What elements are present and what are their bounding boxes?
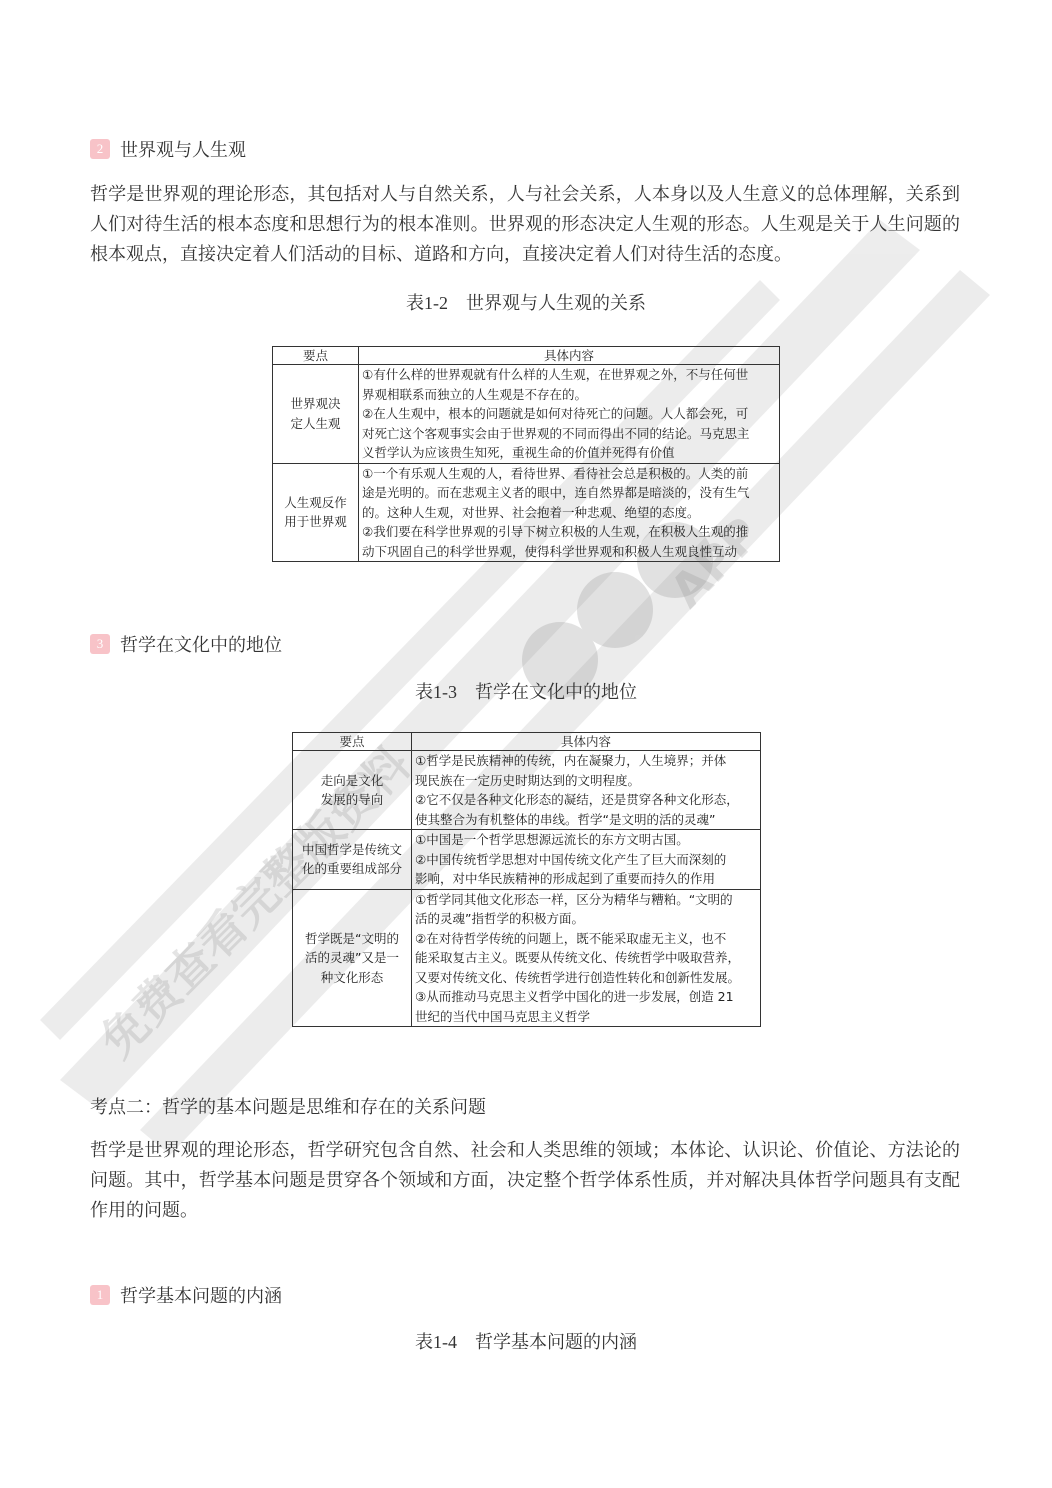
table-caption-1-2: 表1-2世界观与人生观的关系 <box>0 289 1052 315</box>
column-header: 要点 <box>293 733 412 751</box>
key-line: 用于世界观 <box>276 512 355 532</box>
key-line: 中国哲学是传统文 <box>296 840 408 860</box>
section-number-badge: 1 <box>90 1285 110 1305</box>
section-title: 哲学在文化中的地位 <box>120 631 282 657</box>
section-title: 世界观与人生观 <box>120 136 246 162</box>
table-header-row: 要点 具体内容 <box>293 733 761 751</box>
key-line: 种文化形态 <box>296 968 408 988</box>
row-key: 中国哲学是传统文 化的重要组成部分 <box>293 830 412 890</box>
content-line: 的。这种人生观，对世界、社会抱着一种悲观、绝望的态度。 <box>362 503 776 523</box>
row-content: ①中国是一个哲学思想源远流长的东方文明古国。 ②中国传统哲学思想对中国传统文化产… <box>412 830 761 890</box>
key-line: 化的重要组成部分 <box>296 859 408 879</box>
section-heading-2: 2 世界观与人生观 <box>90 136 246 162</box>
section-heading-1: 1 哲学基本问题的内涵 <box>90 1282 282 1308</box>
column-header: 具体内容 <box>412 733 761 751</box>
table-row: 世界观决 定人生观 ①有什么样的世界观就有什么样的人生观，在世界观之外，不与任何… <box>273 365 780 464</box>
table-row: 中国哲学是传统文 化的重要组成部分 ①中国是一个哲学思想源远流长的东方文明古国。… <box>293 830 761 890</box>
key-line: 哲学既是“文明的 <box>296 929 408 949</box>
caption-title: 哲学基本问题的内涵 <box>475 1332 637 1353</box>
column-header: 具体内容 <box>359 347 780 365</box>
table-row: 走向是文化 发展的导向 ①哲学是民族精神的传统，内在凝聚力，人生境界；并体 现民… <box>293 751 761 830</box>
content-line: 界观相联系而独立的人生观是不存在的。 <box>362 385 776 405</box>
key-line: 走向是文化 <box>296 771 408 791</box>
table-row: 人生观反作 用于世界观 ①一个有乐观人生观的人，看待世界、看待社会总是积极的。人… <box>273 463 780 562</box>
table-1-3: 要点 具体内容 走向是文化 发展的导向 ①哲学是民族精神的传统，内在凝聚力，人生… <box>292 732 761 1027</box>
content-line: 途是光明的。而在悲观主义者的眼中，连自然界都是暗淡的，没有生气 <box>362 483 776 503</box>
content-line: ②中国传统哲学思想对中国传统文化产生了巨大而深刻的 <box>415 850 757 870</box>
section-number-badge: 3 <box>90 634 110 654</box>
row-content: ①哲学是民族精神的传统，内在凝聚力，人生境界；并体 现民族在一定历史时期达到的文… <box>412 751 761 830</box>
row-key: 走向是文化 发展的导向 <box>293 751 412 830</box>
caption-number: 表1-2 <box>406 293 448 313</box>
row-key: 哲学既是“文明的 活的灵魂”又是一 种文化形态 <box>293 889 412 1027</box>
table-1-2: 要点 具体内容 世界观决 定人生观 ①有什么样的世界观就有什么样的人生观，在世界… <box>272 346 780 562</box>
content-line: 对死亡这个客观事实会由于世界观的不同而得出不同的结论。马克思主 <box>362 424 776 444</box>
caption-number: 表1-3 <box>415 682 457 702</box>
content-line: 能采取复古主义。既要从传统文化、传统哲学中吸取营养， <box>415 948 757 968</box>
document-page: 2 世界观与人生观 哲学是世界观的理论形态，其包括对人与自然关系，人与社会关系，… <box>0 0 1052 1488</box>
paragraph-basic-question: 哲学是世界观的理论形态，哲学研究包含自然、社会和人类思维的领域；本体论、认识论、… <box>90 1136 960 1226</box>
content-line: 动下巩固自己的科学世界观，使得科学世界观和积极人生观良性互动 <box>362 542 776 562</box>
row-key: 世界观决 定人生观 <box>273 365 359 464</box>
row-key: 人生观反作 用于世界观 <box>273 463 359 562</box>
content-line: ②我们要在科学世界观的引导下树立积极的人生观，在积极人生观的推 <box>362 522 776 542</box>
content-line: ①哲学同其他文化形态一样，区分为精华与糟粕。“文明的 <box>415 890 757 910</box>
content-line: ②在对待哲学传统的问题上，既不能采取虚无主义，也不 <box>415 929 757 949</box>
content-line: 现民族在一定历史时期达到的文明程度。 <box>415 771 757 791</box>
section-heading-3: 3 哲学在文化中的地位 <box>90 631 282 657</box>
row-content: ①有什么样的世界观就有什么样的人生观，在世界观之外，不与任何世 界观相联系而独立… <box>359 365 780 464</box>
table-caption-1-4: 表1-4哲学基本问题的内涵 <box>0 1328 1052 1354</box>
content-line: 活的灵魂”指哲学的积极方面。 <box>415 909 757 929</box>
caption-title: 世界观与人生观的关系 <box>466 293 646 314</box>
content-line: 影响，对中华民族精神的形成起到了重要而持久的作用 <box>415 869 757 889</box>
content-line: 使其整合为有机整体的串线。哲学“是文明的活的灵魂” <box>415 810 757 830</box>
key-line: 活的灵魂”又是一 <box>296 948 408 968</box>
row-content: ①哲学同其他文化形态一样，区分为精华与糟粕。“文明的 活的灵魂”指哲学的积极方面… <box>412 889 761 1027</box>
key-line: 世界观决 <box>276 394 355 414</box>
caption-title: 哲学在文化中的地位 <box>475 682 637 703</box>
section-number-badge: 2 <box>90 139 110 159</box>
key-line: 人生观反作 <box>276 493 355 513</box>
column-header: 要点 <box>273 347 359 365</box>
content-line: ②在人生观中，根本的问题就是如何对待死亡的问题。人人都会死，可 <box>362 404 776 424</box>
row-content: ①一个有乐观人生观的人，看待世界、看待社会总是积极的。人类的前 途是光明的。而在… <box>359 463 780 562</box>
table-header-row: 要点 具体内容 <box>273 347 780 365</box>
paragraph-worldview: 哲学是世界观的理论形态，其包括对人与自然关系，人与社会关系，人本身以及人生意义的… <box>90 180 960 270</box>
content-line: 又要对传统文化、传统哲学进行创造性转化和创新性发展。 <box>415 968 757 988</box>
content-line: 世纪的当代中国马克思主义哲学 <box>415 1007 757 1027</box>
content-line: ①一个有乐观人生观的人，看待世界、看待社会总是积极的。人类的前 <box>362 464 776 484</box>
table-caption-1-3: 表1-3哲学在文化中的地位 <box>0 678 1052 704</box>
exam-point-2-heading: 考点二：哲学的基本问题是思维和存在的关系问题 <box>90 1093 486 1119</box>
content-line: ③从而推动马克思主义哲学中国化的进一步发展，创造 21 <box>415 987 757 1007</box>
content-line: ②它不仅是各种文化形态的凝结，还是贯穿各种文化形态， <box>415 790 757 810</box>
content-line: ①哲学是民族精神的传统，内在凝聚力，人生境界；并体 <box>415 751 757 771</box>
content-line: ①有什么样的世界观就有什么样的人生观，在世界观之外，不与任何世 <box>362 365 776 385</box>
key-line: 定人生观 <box>276 414 355 434</box>
caption-number: 表1-4 <box>415 1332 457 1352</box>
content-line: ①中国是一个哲学思想源远流长的东方文明古国。 <box>415 830 757 850</box>
key-line: 发展的导向 <box>296 790 408 810</box>
content-line: 义哲学认为应该贵生知死，重视生命的价值并死得有价值 <box>362 443 776 463</box>
table-row: 哲学既是“文明的 活的灵魂”又是一 种文化形态 ①哲学同其他文化形态一样，区分为… <box>293 889 761 1027</box>
section-title: 哲学基本问题的内涵 <box>120 1282 282 1308</box>
